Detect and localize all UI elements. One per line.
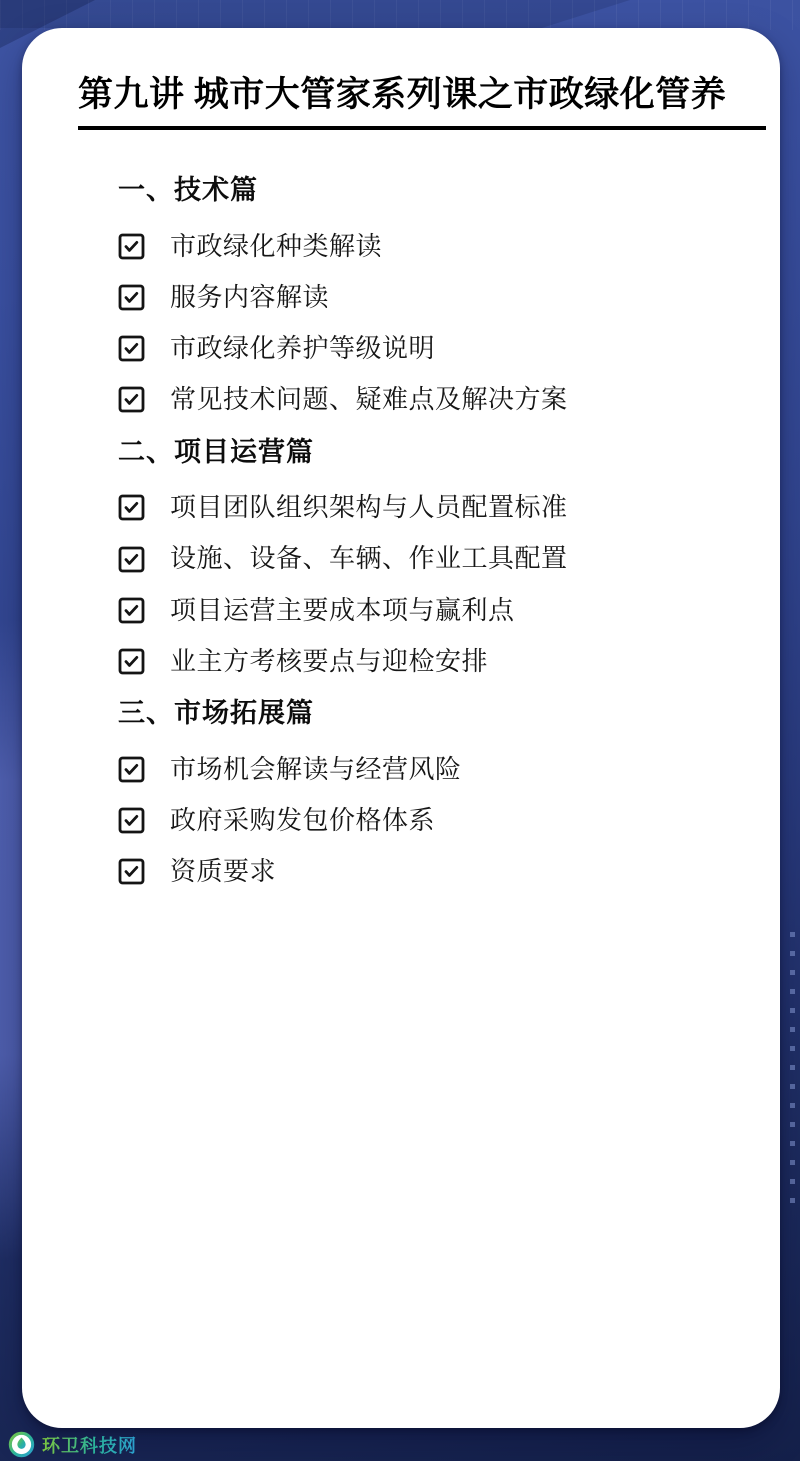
outline-item: 市政绿化种类解读 <box>118 231 720 262</box>
checkbox-checked-icon <box>118 807 145 834</box>
outline-item: 政府采购发包价格体系 <box>118 805 720 836</box>
checkbox-checked-icon <box>118 648 145 675</box>
page-title: 第九讲 城市大管家系列课之市政绿化管养 <box>78 74 766 130</box>
logo-ring-icon <box>8 1431 35 1458</box>
checkbox-checked-icon <box>118 284 145 311</box>
section-heading: 二、项目运营篇 <box>118 436 720 470</box>
outline-item-label: 市政绿化养护等级说明 <box>170 333 435 364</box>
checkbox-checked-icon <box>118 335 145 362</box>
outline-item-label: 资质要求 <box>170 856 276 887</box>
outline-section-market: 三、市场拓展篇 市场机会解读与经营风险 政府采购发包价格体系 资质要求 <box>118 697 720 887</box>
logo-text: 环卫科技网 <box>42 1432 137 1458</box>
section-heading: 三、市场拓展篇 <box>118 697 720 731</box>
outline-item-label: 服务内容解读 <box>170 282 329 313</box>
outline-item: 项目团队组织架构与人员配置标准 <box>118 492 720 523</box>
site-logo: 环卫科技网 <box>8 1431 137 1458</box>
outline-item-label: 市政绿化种类解读 <box>170 231 382 262</box>
checkbox-checked-icon <box>118 233 145 260</box>
background-diagonal-shape <box>0 0 630 28</box>
checkbox-checked-icon <box>118 597 145 624</box>
checkbox-checked-icon <box>118 756 145 783</box>
outline-item-label: 常见技术问题、疑难点及解决方案 <box>170 384 568 415</box>
outline-item-label: 项目团队组织架构与人员配置标准 <box>170 492 568 523</box>
outline-item: 常见技术问题、疑难点及解决方案 <box>118 384 720 415</box>
outline-item: 市场机会解读与经营风险 <box>118 754 720 785</box>
checkbox-checked-icon <box>118 858 145 885</box>
section-heading: 一、技术篇 <box>118 174 720 208</box>
checkbox-checked-icon <box>118 386 145 413</box>
checkbox-checked-icon <box>118 546 145 573</box>
dotted-line-decoration <box>790 932 795 1217</box>
content-card: 第九讲 城市大管家系列课之市政绿化管养 一、技术篇 市政绿化种类解读 服务内容解… <box>22 28 780 1428</box>
outline-item: 设施、设备、车辆、作业工具配置 <box>118 543 720 574</box>
outline-item: 业主方考核要点与迎检安排 <box>118 646 720 677</box>
outline-item: 资质要求 <box>118 856 720 887</box>
outline-section-operations: 二、项目运营篇 项目团队组织架构与人员配置标准 设施、设备、车辆、作业工具配置 … <box>118 436 720 678</box>
course-outline: 一、技术篇 市政绿化种类解读 服务内容解读 市政绿化养护等级说明 常见技术问题、… <box>118 174 720 887</box>
slide-background: 第九讲 城市大管家系列课之市政绿化管养 一、技术篇 市政绿化种类解读 服务内容解… <box>0 0 800 1461</box>
outline-item-label: 设施、设备、车辆、作业工具配置 <box>170 543 568 574</box>
footer-bar: 环卫科技网 <box>0 1428 800 1461</box>
outline-item-label: 项目运营主要成本项与赢利点 <box>170 595 515 626</box>
outline-item-label: 业主方考核要点与迎检安排 <box>170 646 488 677</box>
checkbox-checked-icon <box>118 494 145 521</box>
outline-item: 服务内容解读 <box>118 282 720 313</box>
outline-item-label: 政府采购发包价格体系 <box>170 805 435 836</box>
outline-section-technology: 一、技术篇 市政绿化种类解读 服务内容解读 市政绿化养护等级说明 常见技术问题、… <box>118 174 720 416</box>
outline-item: 项目运营主要成本项与赢利点 <box>118 595 720 626</box>
outline-item-label: 市场机会解读与经营风险 <box>170 754 462 785</box>
outline-item: 市政绿化养护等级说明 <box>118 333 720 364</box>
